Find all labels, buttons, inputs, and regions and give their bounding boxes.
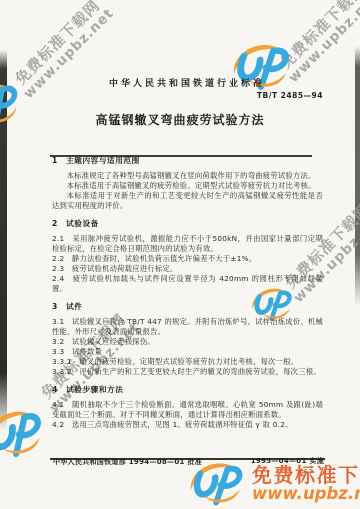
watermark-text: 免费标准下载网 www.upbz.net	[0, 0, 134, 119]
section-heading: 2 试验设备	[52, 219, 323, 229]
paragraph: 3.3.1 辙叉的疲劳检验、定期型式试验等疲劳抗力对比考核，每次一根。	[52, 357, 323, 367]
watermark-site-url: www.upbz.net	[252, 486, 360, 503]
paragraph: 3.3 试件数量	[52, 347, 323, 357]
implementation-note: 1995—04—01 实施	[251, 456, 324, 466]
approval-note: 中华人民共和国铁道部 1994—08—01 批准	[53, 457, 202, 467]
upbz-logo-icon	[0, 405, 51, 463]
paragraph: 4.1 随机抽取不少于三个检验断面。通常选取咽喉、心轨宽 50mm 及跟(趾)端…	[52, 400, 323, 420]
scan-edge-left	[0, 50, 7, 430]
section-heading: 1 主题内容与适用范围	[52, 156, 323, 166]
section-heading: 3 试件	[52, 302, 323, 312]
paragraph: 3.1 试验辙叉应符合 TB/T 447 的规定。并附有冶炼炉号、试样冶炼成份、…	[52, 317, 323, 337]
section-4: 4 试验步骤和方法 4.1 随机抽取不少于三个检验断面。通常选取咽喉、心轨宽 5…	[52, 385, 323, 430]
section-1: 1 主题内容与适用范围 本标准规定了各种型号高锰钢辙叉在竖向荷载作用下的弯曲疲劳…	[52, 156, 323, 211]
upbz-logo-icon	[188, 460, 248, 508]
document-body: 1 主题内容与适用范围 本标准规定了各种型号高锰钢辙叉在竖向荷载作用下的弯曲疲劳…	[52, 156, 323, 430]
paragraph: 2.3 疲劳试验机动荷载应进行标定。	[52, 264, 323, 274]
section-3: 3 试件 3.1 试验辙叉应符合 TB/T 447 的规定。并附有冶炼炉号、试样…	[52, 302, 323, 377]
watermark-site-name: 免费标准下载网	[0, 0, 124, 108]
paragraph: 本标准规定了各种型号高锰钢辙叉在竖向荷载作用下的弯曲疲劳试验方法。	[52, 171, 323, 181]
document-page: 免费标准下载网 www.upbz.net 免费标准下载网 www.upbz.ne…	[0, 0, 360, 509]
section-heading: 4 试验步骤和方法	[52, 385, 323, 395]
paragraph: 4.2 选用三点弯曲疲劳图式，见图 1。疲劳荷载循环特征值 γ 取 0.2。	[52, 420, 323, 430]
standard-organization-title: 中华人民共和国铁道行业标准	[14, 76, 360, 89]
paragraph: 2.1 采用脉冲疲劳试验机，激振能力应不小于500kN，并由国家计量部门定期检验…	[52, 234, 323, 254]
page-number: 157	[299, 468, 314, 476]
standard-number: TB/T 2485—94	[257, 91, 323, 100]
paragraph: 2.4 疲劳试验机加载头与试件间应设置半径为 420mm 的圆柱形专用加载装置。	[52, 274, 323, 294]
paragraph: 本标准适用于高锰钢辙叉的疲劳检验、定期型式试验等疲劳抗力对比考核。	[52, 181, 323, 191]
paragraph: 3.2 试验辙叉应经无损探伤。	[52, 337, 323, 347]
paragraph: 2.2 静力法检查时，试验机负荷示值允许偏差不大于±1%。	[52, 254, 323, 264]
document-title: 高锰钢辙叉弯曲疲劳试验方法	[0, 111, 360, 128]
watermark-banner: 免费标准下载网 www.upbz.net	[188, 460, 360, 508]
paragraph: 3.3.2 评价新生产的和工艺变更较大时生产的辙叉的弯曲疲劳试验，每次三根。	[52, 367, 323, 377]
watermark-site-url: www.upbz.net	[3, 0, 134, 119]
section-2: 2 试验设备 2.1 采用脉冲疲劳试验机，激振能力应不小于500kN，并由国家计…	[52, 219, 323, 294]
paragraph: 本标准适用于对新生产的和工艺变更较大时生产的高锰钢辙叉疲劳性能是否达到实用程度的…	[52, 191, 323, 211]
